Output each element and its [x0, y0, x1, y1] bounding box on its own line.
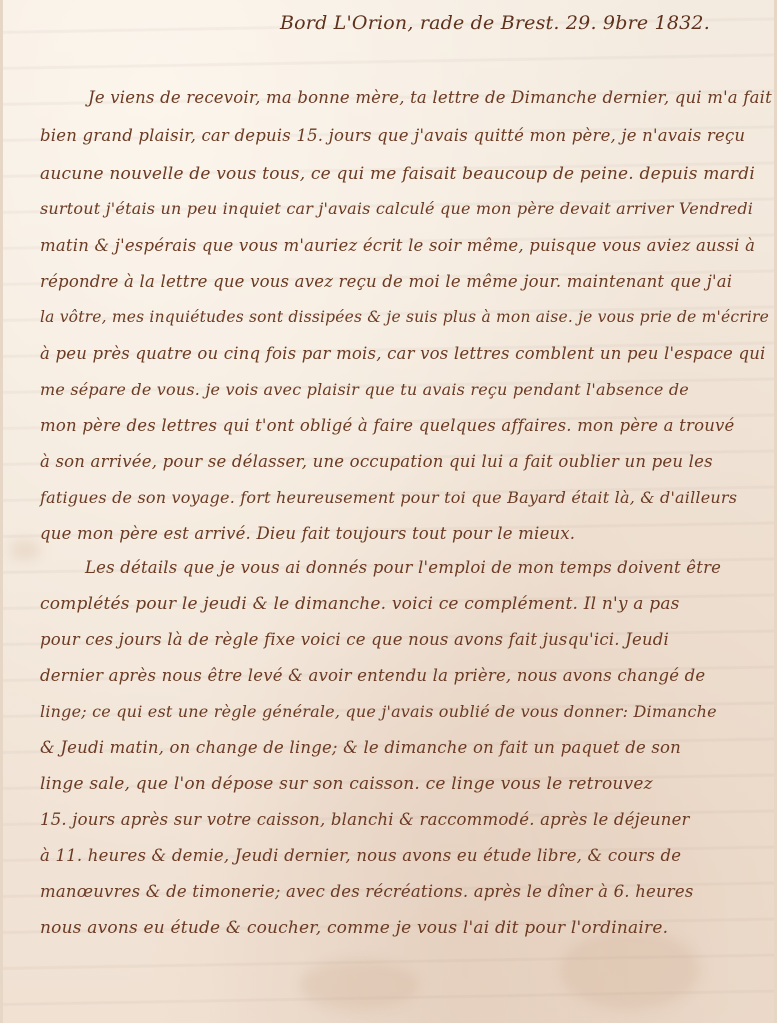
letter-line: complétés pour le jeudi & le dimanche. v…: [40, 596, 680, 613]
letter-line: fatigues de son voyage. fort heureusemen…: [40, 490, 737, 506]
bleed-through-texture: [0, 0, 777, 1023]
letter-line: bien grand plaisir, car depuis 15. jours…: [40, 128, 745, 145]
letter-line: la vôtre, mes inquiétudes sont dissipées…: [40, 310, 769, 326]
letter-line: dernier après nous être levé & avoir ent…: [40, 668, 705, 685]
letter-line: surtout j'étais un peu inquiet car j'ava…: [40, 201, 753, 217]
letter-heading: Bord L'Orion, rade de Brest. 29. 9bre 18…: [280, 14, 710, 33]
paper-edge-left: [0, 0, 3, 1023]
letter-line: linge sale, que l'on dépose sur son cais…: [40, 776, 653, 793]
letter-line: manœuvres & de timonerie; avec des récré…: [40, 884, 694, 901]
letter-line: mon père des lettres qui t'ont obligé à …: [40, 418, 735, 435]
letter-line: linge; ce qui est une règle générale, qu…: [40, 704, 717, 720]
letter-line: & Jeudi matin, on change de linge; & le …: [40, 740, 681, 757]
letter-line: pour ces jours là de règle fixe voici ce…: [40, 632, 669, 649]
letter-line: que mon père est arrivé. Dieu fait toujo…: [40, 526, 575, 543]
letter-line: à 11. heures & demie, Jeudi dernier, nou…: [40, 848, 681, 865]
letter-line: Les détails que je vous ai donnés pour l…: [85, 560, 721, 577]
letter-line: me sépare de vous. je vois avec plaisir …: [40, 382, 689, 398]
letter-line: à peu près quatre ou cinq fois par mois,…: [40, 346, 766, 363]
letter-line: 15. jours après sur votre caisson, blanc…: [40, 812, 690, 829]
letter-line: Je viens de recevoir, ma bonne mère, ta …: [88, 90, 772, 107]
letter-line: nous avons eu étude & coucher, comme je …: [40, 920, 668, 937]
letter-line: répondre à la lettre que vous avez reçu …: [40, 274, 732, 291]
letter-page: Bord L'Orion, rade de Brest. 29. 9bre 18…: [0, 0, 777, 1023]
letter-line: matin & j'espérais que vous m'auriez écr…: [40, 238, 755, 255]
letter-line: aucune nouvelle de vous tous, ce qui me …: [40, 166, 755, 183]
letter-line: à son arrivée, pour se délasser, une occ…: [40, 454, 713, 471]
paper-stain: [560, 930, 700, 1010]
paper-stain: [10, 540, 40, 560]
paper-stain: [300, 960, 420, 1010]
